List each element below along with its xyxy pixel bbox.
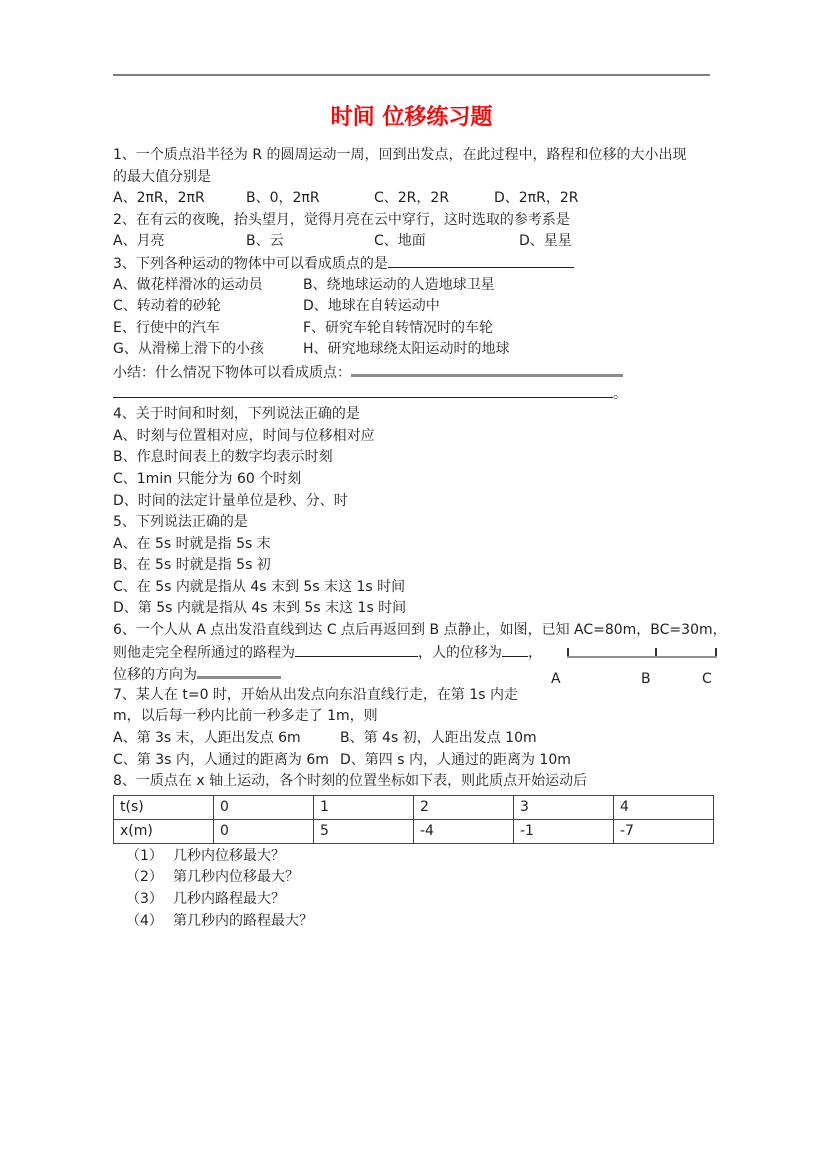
table-cell: 2 xyxy=(414,795,514,819)
q3-options-ef: E、行使中的汽车 F、研究车轮自转情况时的车轮 xyxy=(113,318,714,340)
q3-stem-text: 3、下列各种运动的物体中可以看成质点的是 xyxy=(113,256,388,272)
q8-sub2-number: （2） xyxy=(126,867,173,889)
q7-option-a: A、第 3s 末，人距出发点 6m xyxy=(113,728,340,750)
table-row-position: x(m) 0 5 -4 -1 -7 xyxy=(114,819,714,843)
q1-option-d: D、2πR，2R xyxy=(494,188,578,210)
diagram-label-a: A xyxy=(551,671,561,687)
q8-sub2-text: 第几秒内位移最大？ xyxy=(173,867,299,889)
q2-stem: 2、在有云的夜晚，抬头望月，觉得月亮在云中穿行，这时选取的参考系是 xyxy=(113,210,714,232)
q2-option-a: A、月亮 xyxy=(113,231,246,253)
table-cell: 0 xyxy=(214,795,314,819)
q7-stem-line2: m，以后每一秒内比前一秒多走了 1m，则 xyxy=(113,706,714,728)
table-cell: -1 xyxy=(514,819,614,843)
table-cell: 5 xyxy=(314,819,414,843)
q3-options-gh: G、从滑梯上滑下的小孩 H、研究地球绕太阳运动时的地球 xyxy=(113,339,714,361)
table-cell: 1 xyxy=(314,795,414,819)
table-cell: x(m) xyxy=(114,819,214,843)
header-divider xyxy=(113,74,710,76)
q3-option-d: D、地球在自转运动中 xyxy=(303,296,440,318)
q2-option-c: C、地面 xyxy=(374,231,519,253)
q7-options-cd: C、第 3s 内，人通过的距离为 6m D、第四 s 内，人通过的距离为 10m xyxy=(113,750,714,772)
table-cell: -7 xyxy=(614,819,714,843)
q7-option-b: B、第 4s 初，人距出发点 10m xyxy=(340,728,537,750)
q3-stem: 3、下列各种运动的物体中可以看成质点的是 xyxy=(113,253,714,275)
q3-option-g: G、从滑梯上滑下的小孩 xyxy=(113,339,303,361)
q6-line2-pre: 则他走完全程所通过的路程为 xyxy=(113,645,295,661)
q4-option-c: C、1min 只能分为 60 个时刻 xyxy=(113,469,714,491)
q4-stem: 4、关于时间和时刻，下列说法正确的是 xyxy=(113,404,714,426)
q8-sub4-number: （4） xyxy=(126,911,173,933)
q1-stem-line2: 的最大值分别是 xyxy=(113,167,714,189)
q8-sub1: （1） 几秒内位移最大？ xyxy=(113,846,714,868)
answer-blank xyxy=(113,383,613,398)
q4-option-d: D、时间的法定计量单位是秒、分、时 xyxy=(113,491,714,513)
table-row-time: t(s) 0 1 2 3 4 xyxy=(114,795,714,819)
q3-option-c: C、转动着的砂轮 xyxy=(113,296,303,318)
answer-blank xyxy=(388,253,574,268)
q8-sub4: （4） 第几秒内的路程最大？ xyxy=(113,911,714,933)
answer-blank xyxy=(502,642,528,657)
q7-option-d: D、第四 s 内，人通过的距离为 10m xyxy=(340,750,571,772)
q3-option-b: B、绕地球运动的人造地球卫星 xyxy=(303,275,495,297)
worksheet-body: 1、一个质点沿半径为 R 的圆周运动一周，回到出发点，在此过程中，路程和位移的大… xyxy=(113,145,714,932)
page-title: 时间 位移练习题 xyxy=(113,100,710,131)
table-cell: 3 xyxy=(514,795,614,819)
q1-options: A、2πR，2πR B、0，2πR C、2R，2R D、2πR，2R xyxy=(113,188,714,210)
q5-option-d: D、第 5s 内就是指从 4s 末到 5s 末这 1s 时间 xyxy=(113,598,714,620)
q3-period: 。 xyxy=(613,386,627,402)
table-cell: 0 xyxy=(214,819,314,843)
q6-diagram: A B C xyxy=(551,645,723,689)
table-cell: -4 xyxy=(414,819,514,843)
q8-sub2: （2） 第几秒内位移最大？ xyxy=(113,867,714,889)
q6-stem-line1: 6、一个人从 A 点出发沿直线到达 C 点后再返回到 B 点静止，如图，已知 A… xyxy=(113,620,714,642)
q1-option-c: C、2R，2R xyxy=(374,188,494,210)
q8-sub3: （3） 几秒内路程最大？ xyxy=(113,889,714,911)
q5-option-b: B、在 5s 时就是指 5s 初 xyxy=(113,555,714,577)
q6-line2-mid: ，人的位移为 xyxy=(418,645,502,661)
diagram-label-b: B xyxy=(641,671,651,687)
q1-option-b: B、0，2πR xyxy=(246,188,374,210)
q8-stem: 8、一质点在 x 轴上运动，各个时刻的位置坐标如下表，则此质点开始运动后 xyxy=(113,771,714,793)
q8-sub3-text: 几秒内路程最大？ xyxy=(173,889,285,911)
q5-stem: 5、下列说法正确的是 xyxy=(113,512,714,534)
table-cell: 4 xyxy=(614,795,714,819)
q2-option-d: D、星星 xyxy=(519,231,572,253)
q3-options-cd: C、转动着的砂轮 D、地球在自转运动中 xyxy=(113,296,714,318)
answer-blank xyxy=(351,361,623,377)
q3-option-a: A、做花样滑冰的运动员 xyxy=(113,275,303,297)
diagram-label-c: C xyxy=(702,671,712,687)
q2-options: A、月亮 B、云 C、地面 D、星星 xyxy=(113,231,714,253)
q3-summary-text: 小结：什么情况下物体可以看成质点： xyxy=(113,365,351,381)
q3-summary-line: 小结：什么情况下物体可以看成质点： xyxy=(113,361,714,383)
q8-sub3-number: （3） xyxy=(126,889,173,911)
q3-option-f: F、研究车轮自转情况时的车轮 xyxy=(303,318,493,340)
q3-options-ab: A、做花样滑冰的运动员 B、绕地球运动的人造地球卫星 xyxy=(113,275,714,297)
q3-option-e: E、行使中的汽车 xyxy=(113,318,303,340)
q5-option-c: C、在 5s 内就是指从 4s 末到 5s 末这 1s 时间 xyxy=(113,577,714,599)
worksheet-page: 时间 位移练习题 1、一个质点沿半径为 R 的圆周运动一周，回到出发点，在此过程… xyxy=(0,0,827,1170)
q3-summary-line2: 。 xyxy=(113,383,714,405)
q6-line3-pre: 位移的方向为 xyxy=(113,667,197,683)
q1-option-a: A、2πR，2πR xyxy=(113,188,246,210)
q4-option-a: A、时刻与位置相对应，时间与位移相对应 xyxy=(113,426,714,448)
q8-sub1-text: 几秒内位移最大？ xyxy=(173,846,285,868)
q1-stem-line1: 1、一个质点沿半径为 R 的圆周运动一周，回到出发点，在此过程中，路程和位移的大… xyxy=(113,145,714,167)
q6-line2-end: ， xyxy=(528,645,542,661)
q7-option-c: C、第 3s 内，人通过的距离为 6m xyxy=(113,750,340,772)
q5-option-a: A、在 5s 时就是指 5s 末 xyxy=(113,534,714,556)
q8-sub1-number: （1） xyxy=(126,846,173,868)
table-cell: t(s) xyxy=(114,795,214,819)
position-table: t(s) 0 1 2 3 4 x(m) 0 5 -4 -1 -7 xyxy=(113,795,714,844)
q8-sub4-text: 第几秒内的路程最大？ xyxy=(173,911,313,933)
answer-blank xyxy=(197,663,281,679)
answer-blank xyxy=(295,642,418,657)
q3-option-h: H、研究地球绕太阳运动时的地球 xyxy=(303,339,510,361)
segment-line xyxy=(567,656,717,658)
q2-option-b: B、云 xyxy=(246,231,374,253)
q4-option-b: B、作息时间表上的数字均表示时刻 xyxy=(113,447,714,469)
q7-options-ab: A、第 3s 末，人距出发点 6m B、第 4s 初，人距出发点 10m xyxy=(113,728,714,750)
